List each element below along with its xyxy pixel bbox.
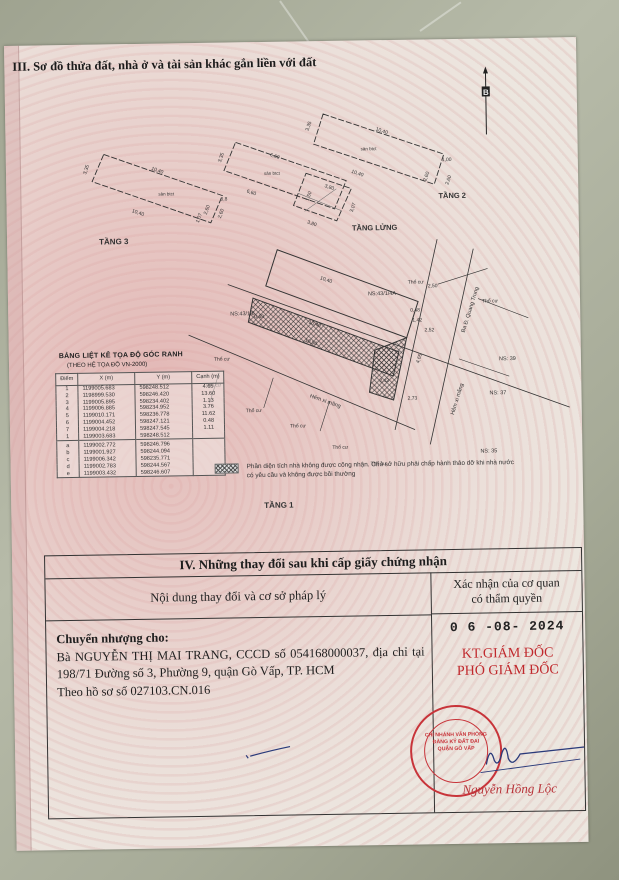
alley-label: Hẻm xi măng xyxy=(450,383,465,416)
table-cell: 598246.607 xyxy=(136,469,193,477)
svg-text:2,60: 2,60 xyxy=(203,204,212,215)
svg-text:10,40: 10,40 xyxy=(375,126,389,136)
svg-text:3,80: 3,80 xyxy=(306,219,317,228)
header-line: có thẩm quyền xyxy=(432,590,582,607)
floor-plan-tang-1 xyxy=(187,237,570,448)
official-title: KT.GIÁM ĐỐC PHÓ GIÁM ĐỐC xyxy=(432,644,583,680)
changes-table: IV. Những thay đổi sau khi cấp giấy chứn… xyxy=(44,547,586,819)
floor-streak xyxy=(419,2,461,32)
svg-text:B: B xyxy=(483,88,489,97)
svg-text:10,40: 10,40 xyxy=(131,208,145,218)
svg-text:2,60: 2,60 xyxy=(217,208,226,219)
entry-file-ref: Theo hồ sơ số 027103.CN.016 xyxy=(57,681,210,701)
svg-text:6,60: 6,60 xyxy=(269,152,280,161)
confirmation-date: 0 6 -08- 2024 xyxy=(432,618,582,635)
svg-text:Thổ cư: Thổ cư xyxy=(482,297,499,304)
svg-text:Thổ cư: Thổ cư xyxy=(290,422,307,429)
svg-text:Thổ cư: Thổ cư xyxy=(332,444,349,451)
tang-2-area-label: sàn btct xyxy=(361,146,378,151)
svg-text:10,40: 10,40 xyxy=(150,166,164,176)
svg-text:Thổ cư: Thổ cư xyxy=(246,407,263,414)
svg-text:2,73: 2,73 xyxy=(408,396,418,402)
neighbor-label: NS:43/1/4A xyxy=(368,291,397,297)
svg-text:10,40: 10,40 xyxy=(350,169,364,179)
svg-text:1,00: 1,00 xyxy=(442,157,452,163)
coord-table-subtitle: (THEO HỆ TỌA ĐỘ VN-2000) xyxy=(67,362,147,369)
signature-icon xyxy=(480,733,591,775)
alley-label: Hẻm xi măng xyxy=(309,393,342,409)
entry-body: Bà NGUYỄN THỊ MAI TRANG, CCCD số 0541680… xyxy=(56,643,425,684)
tang-2-label: TẦNG 2 xyxy=(438,190,466,200)
svg-text:2,52: 2,52 xyxy=(424,327,434,333)
neighbor-label: NS: 37 xyxy=(489,390,506,396)
svg-text:10,40: 10,40 xyxy=(319,275,333,285)
col-header: Y (m) xyxy=(135,372,192,385)
svg-text:0,48: 0,48 xyxy=(410,307,420,313)
svg-text:4,65: 4,65 xyxy=(415,353,424,364)
table-cell xyxy=(193,438,225,448)
neighbor-label: NS: 39 xyxy=(499,356,516,362)
svg-text:0,8: 0,8 xyxy=(220,197,227,203)
section-iii-title: III. Sơ đồ thửa đất, nhà ở và tài sản kh… xyxy=(12,55,316,75)
neighbor-label: NS:43/1/6 xyxy=(230,311,255,317)
certificate-page: III. Sơ đồ thửa đất, nhà ở và tài sản kh… xyxy=(4,37,589,851)
svg-text:2,50: 2,50 xyxy=(428,283,438,289)
tang-lung-label: TẦNG LỬNG xyxy=(352,222,398,233)
tang-lung-area-label: sàn btct xyxy=(264,171,281,176)
col-header: Điểm xyxy=(56,373,78,385)
official-title-line-2: PHÓ GIÁM ĐỐC xyxy=(433,661,583,680)
tang-1-label: TẦNG 1 xyxy=(264,500,294,510)
svg-text:2,60: 2,60 xyxy=(444,174,453,185)
hatch-swatch xyxy=(215,463,239,473)
table-cell: a xyxy=(57,441,79,451)
svg-text:0,68: 0,68 xyxy=(254,314,264,320)
pen-mark-icon xyxy=(244,745,294,762)
col-header: X (m) xyxy=(78,372,135,385)
seal-text: CHI NHÁNH VĂN PHÒNG ĐĂNG KÝ ĐẤT ĐAI QUẬN… xyxy=(424,718,489,783)
svg-text:Thổ cư: Thổ cư xyxy=(408,278,425,285)
col-header: Cạnh (m) xyxy=(192,371,224,384)
tang-3-label: TẦNG 3 xyxy=(99,236,129,246)
svg-text:3,07: 3,07 xyxy=(349,202,358,213)
table-cell: 1199003.432 xyxy=(79,470,136,478)
table-cell: e xyxy=(57,470,79,478)
svg-text:1,50: 1,50 xyxy=(305,191,314,202)
coord-table: Điểm X (m) Y (m) Cạnh (m) 11199005.68359… xyxy=(55,371,226,479)
svg-text:3,35: 3,35 xyxy=(217,152,226,163)
svg-text:2,60: 2,60 xyxy=(422,171,431,182)
svg-text:6,60: 6,60 xyxy=(246,188,257,197)
authority-confirm-header: Xác nhận của cơ quan có thẩm quyền xyxy=(431,570,582,614)
neighbor-label: NS: 35 xyxy=(480,448,497,454)
svg-text:3,35: 3,35 xyxy=(305,121,314,132)
svg-text:3,35: 3,35 xyxy=(82,164,91,175)
svg-text:1,42: 1,42 xyxy=(412,317,422,323)
signer-name: Nguyễn Hồng Lộc xyxy=(435,780,585,798)
floor-plan-tang-lung xyxy=(224,141,352,223)
header-line: Xác nhận của cơ quan xyxy=(431,575,581,592)
changes-content-header: Nội dung thay đổi và cơ sở pháp lý xyxy=(45,572,431,621)
svg-text:Thổ cư: Thổ cư xyxy=(214,355,231,362)
svg-text:2,42: 2,42 xyxy=(379,378,389,384)
change-entry: Chuyển nhượng cho: Bà NGUYỄN THỊ MAI TRA… xyxy=(56,625,425,701)
tang-3-area-label: sàn btct xyxy=(158,191,175,196)
